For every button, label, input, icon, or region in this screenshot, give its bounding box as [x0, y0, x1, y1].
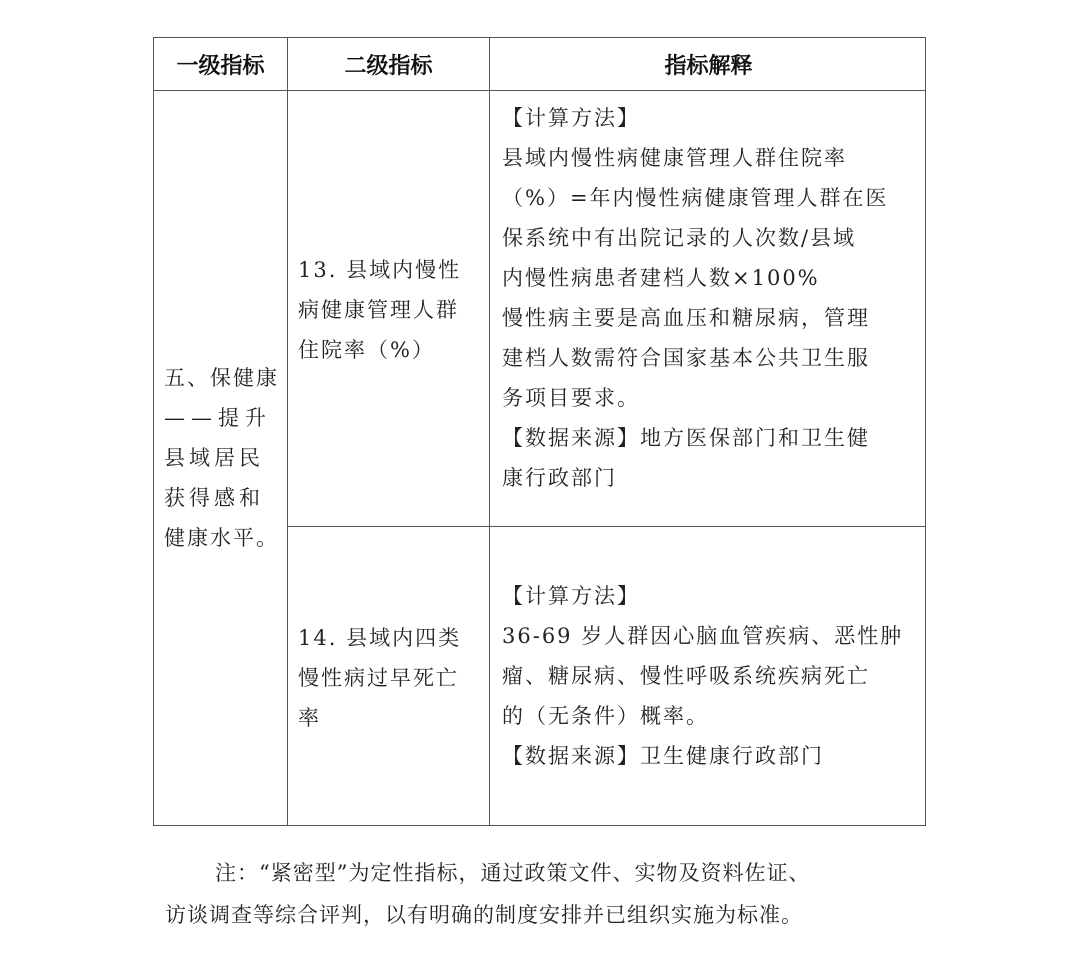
row-divider [287, 526, 925, 527]
level1-indicator: 五、保健康 ——提升 县域居民 获得感和 健康水平。 [164, 358, 282, 558]
footnote: 注：“紧密型”为定性指标，通过政策文件、实物及资料佐证、 访谈调查等综合评判，以… [165, 852, 925, 936]
column-divider [489, 38, 490, 825]
level2-indicator-13: 13. 县域内慢性 病健康管理人群 住院率（%） [298, 250, 483, 370]
header-level1: 一级指标 [154, 38, 287, 91]
header-explanation: 指标解释 [490, 38, 927, 91]
indicator-table: 一级指标 二级指标 指标解释 五、保健康 ——提升 县域居民 获得感和 健康水平… [153, 37, 926, 826]
level2-indicator-14: 14. 县域内四类 慢性病过早死亡 率 [298, 618, 483, 738]
explanation-13: 【计算方法】 县域内慢性病健康管理人群住院率 （%）=年内慢性病健康管理人群在医… [502, 98, 922, 498]
header-level2: 二级指标 [288, 38, 489, 91]
column-divider [287, 38, 288, 825]
explanation-14: 【计算方法】 36-69 岁人群因心脑血管疾病、恶性肿 瘤、糖尿病、慢性呼吸系统… [502, 576, 922, 776]
